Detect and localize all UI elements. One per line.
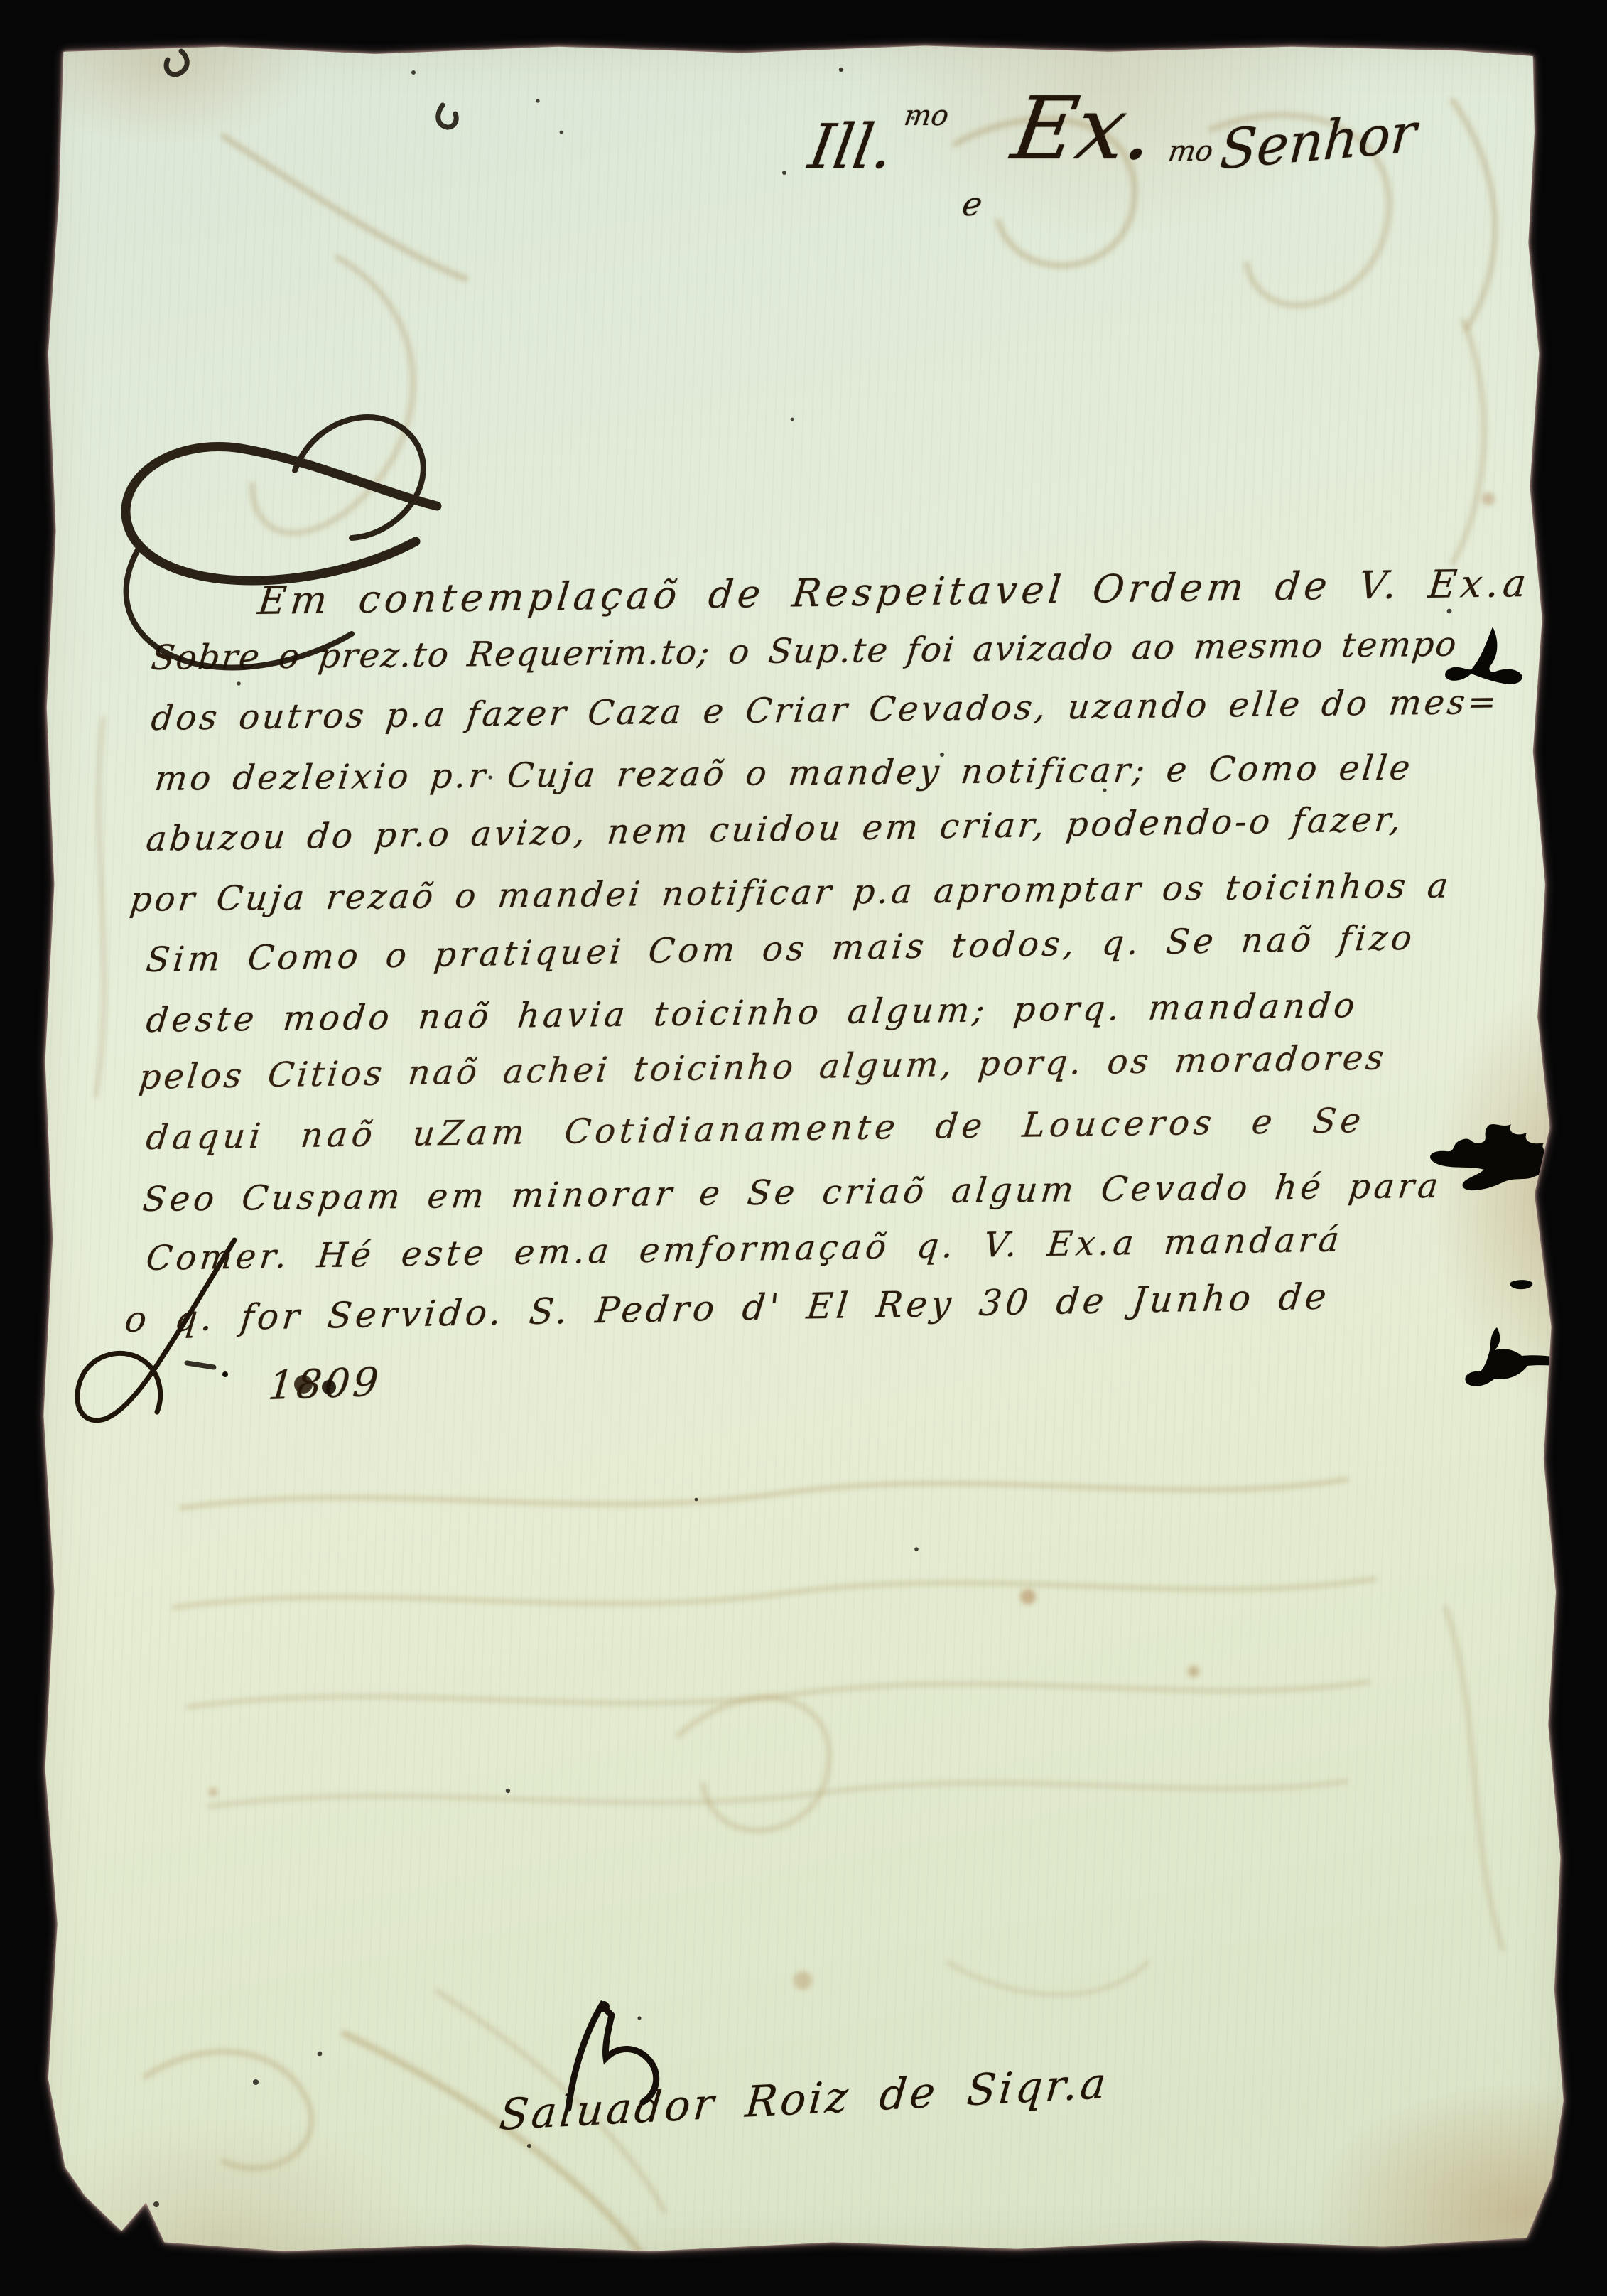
salutation-conjunction: e <box>960 185 985 223</box>
body-line: Em contemplaçaõ de Respeitavel Ordem de … <box>256 561 1532 623</box>
body-line: Comer. Hé este em.a emformaçaõ q. V. Ex.… <box>144 1219 1345 1278</box>
body-line: o q. for Servido. S. Pedro d' El Rey 30 … <box>123 1276 1332 1340</box>
body-line: deste modo naõ havia toicinho algum; por… <box>144 986 1360 1040</box>
body-line: mo dezleixio p.r Cuja rezaõ o mandey not… <box>153 748 1415 799</box>
salutation-sup-2: mo <box>1166 135 1215 168</box>
ink-blot <box>1430 1124 1559 1190</box>
body-line: pelos Citios naõ achei toicinho algum, p… <box>137 1037 1388 1097</box>
ink-blot <box>1465 1327 1567 1386</box>
date-year: 1809 <box>266 1359 383 1409</box>
body-line: Seo Cuspam em minorar e Se criaõ algum C… <box>141 1166 1444 1219</box>
salutation-title-word: Senhor <box>1218 100 1418 181</box>
salutation-abbr-ex: Ex. <box>1006 78 1162 179</box>
paper-edge-glow: Ill. mo e Ex. mo Senhor Em contemplaçaõ … <box>39 44 1567 2255</box>
signature-name: Saluador Roiz de Siqr.a <box>497 2059 1111 2140</box>
salutation-abbr-ill: Ill. <box>804 112 898 183</box>
letter-paper: Ill. mo e Ex. mo Senhor Em contemplaçaõ … <box>39 44 1567 2255</box>
body-line: Sim Como o pratiquei Com os mais todos, … <box>144 918 1417 980</box>
body-line: dos outros p.a fazer Caza e Criar Cevado… <box>149 682 1501 738</box>
body-line: por Cuja rezaõ o mandei notificar p.a ap… <box>128 866 1453 920</box>
body-line: abuzou do pr.o avizo, nem cuidou em cria… <box>144 799 1406 859</box>
salutation-sup-1: mo <box>902 99 951 132</box>
initial-flourish <box>126 417 437 667</box>
body-line: daqui naõ uZam Cotidianamente de Loucero… <box>144 1101 1367 1158</box>
ink-blot <box>1510 1280 1533 1289</box>
ink-blots <box>1430 627 1567 1386</box>
scanned-letter: { "scan": { "background_color": "#060606… <box>0 0 1607 2296</box>
body-line: Sobre o prez.to Requerim.to; o Sup.te fo… <box>149 625 1460 678</box>
